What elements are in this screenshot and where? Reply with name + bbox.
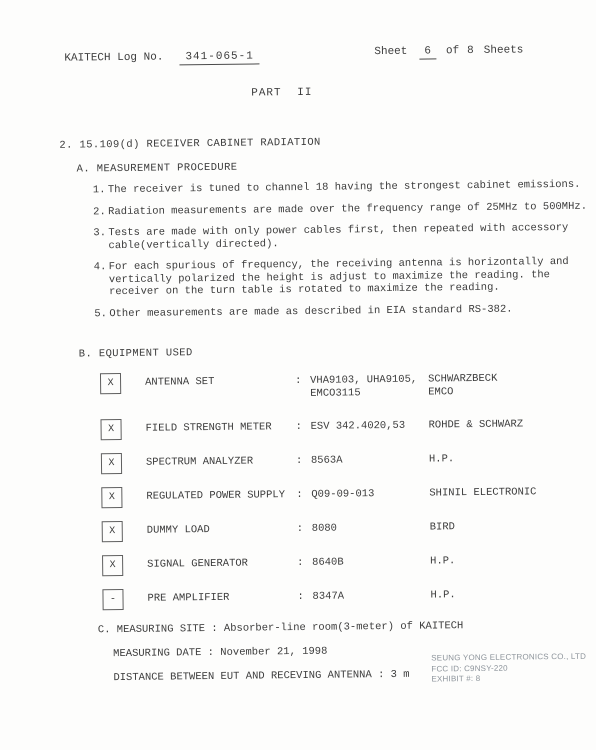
item-number: 3. bbox=[93, 227, 108, 252]
item-number: 1. bbox=[93, 184, 108, 197]
colon-separator: : bbox=[297, 519, 312, 536]
equipment-row: X SPECTRUM ANALYZER : 8563A H.P. bbox=[101, 448, 591, 475]
equipment-name: PRE AMPLIFIER bbox=[147, 587, 297, 605]
equipment-row: X ANTENNA SET : VHA9103, UHA9105, EMCO31… bbox=[100, 368, 590, 403]
part-title: PART II bbox=[0, 84, 567, 102]
colon-separator: : bbox=[295, 371, 310, 388]
equipment-maker: ROHDE & SCHWARZ bbox=[428, 414, 590, 432]
procedure-item: 5. Other measurements are made as descri… bbox=[94, 302, 594, 320]
procedure-heading: A. MEASUREMENT PROCEDURE bbox=[77, 162, 238, 176]
scanned-report-page: KAITECH Log No.341-065-1 Sheet6of8Sheets… bbox=[0, 0, 596, 750]
checkbox-field-strength-meter: X bbox=[100, 419, 121, 440]
equipment-model: 8080 bbox=[312, 518, 430, 536]
equipment-model: 8640B bbox=[312, 552, 430, 570]
section-heading: 2. 15.109(d) RECEIVER CABINET RADIATION bbox=[59, 137, 320, 152]
item-text: For each spurious of frequency, the rece… bbox=[109, 256, 569, 299]
equipment-maker: H.P. bbox=[430, 584, 592, 602]
item-number: 4. bbox=[94, 261, 109, 299]
equipment-table: X ANTENNA SET : VHA9103, UHA9105, EMCO31… bbox=[100, 368, 593, 624]
item-number: 5. bbox=[94, 308, 109, 321]
colon-separator: : bbox=[297, 587, 312, 604]
log-number-line: KAITECH Log No.341-065-1 bbox=[64, 50, 260, 64]
log-number: 341-065-1 bbox=[179, 50, 260, 65]
checkbox-signal-generator: X bbox=[102, 555, 123, 576]
checkbox-regulated-power-supply: X bbox=[101, 487, 122, 508]
equipment-model: 8347A bbox=[312, 586, 430, 604]
distance-line: DISTANCE BETWEEN EUT AND RECEVING ANTENN… bbox=[113, 669, 409, 685]
equipment-name: DUMMY LOAD bbox=[147, 519, 297, 537]
scan-content: KAITECH Log No.341-065-1 Sheet6of8Sheets… bbox=[0, 0, 596, 750]
equipment-maker: SHINIL ELECTRONIC bbox=[429, 482, 591, 500]
checkbox-spectrum-analyzer: X bbox=[101, 453, 122, 474]
checkbox-pre-amplifier: - bbox=[102, 589, 123, 610]
sheets-word: Sheets bbox=[484, 44, 524, 56]
equipment-model: ESV 342.4020,53 bbox=[310, 416, 428, 434]
item-text: Other measurements are made as described… bbox=[109, 303, 512, 320]
sheet-number: 6 bbox=[419, 45, 436, 59]
stamp-company: SEUNG YONG ELECTRONICS CO., LTD bbox=[431, 652, 586, 664]
equipment-row: X REGULATED POWER SUPPLY : Q09-09-013 SH… bbox=[101, 482, 591, 509]
fcc-stamp: SEUNG YONG ELECTRONICS CO., LTD FCC ID: … bbox=[431, 652, 586, 685]
equipment-maker: BIRD bbox=[430, 516, 592, 534]
equipment-maker: H.P. bbox=[430, 550, 592, 568]
item-text: Radiation measurements are made over the… bbox=[108, 200, 587, 218]
equipment-model: 8563A bbox=[311, 450, 429, 468]
item-text: The receiver is tuned to channel 18 havi… bbox=[108, 179, 581, 197]
equipment-name: SIGNAL GENERATOR bbox=[147, 553, 297, 571]
equipment-maker: SCHWARZBECK EMCO bbox=[428, 368, 590, 399]
colon-separator: : bbox=[296, 485, 311, 502]
log-label: KAITECH Log No. bbox=[64, 52, 163, 65]
checkbox-antenna-set: X bbox=[100, 373, 121, 394]
stamp-exhibit: EXHIBIT #: 8 bbox=[431, 673, 586, 685]
equipment-name: SPECTRUM ANALYZER bbox=[146, 451, 296, 469]
procedure-item: 1. The receiver is tuned to channel 18 h… bbox=[93, 179, 593, 197]
measuring-date-line: MEASURING DATE : November 21, 1998 bbox=[113, 646, 327, 661]
equipment-name: REGULATED POWER SUPPLY bbox=[146, 485, 296, 503]
equipment-row: X SIGNAL GENERATOR : 8640B H.P. bbox=[102, 550, 592, 577]
colon-separator: : bbox=[297, 553, 312, 570]
equipment-row: X DUMMY LOAD : 8080 BIRD bbox=[102, 516, 592, 543]
equipment-model: VHA9103, UHA9105, EMCO3115 bbox=[310, 370, 428, 400]
equipment-model: Q09-09-013 bbox=[311, 484, 429, 502]
procedure-item: 3. Tests are made with only power cables… bbox=[93, 222, 593, 253]
procedure-item: 2. Radiation measurements are made over … bbox=[93, 200, 593, 218]
equipment-name: FIELD STRENGTH METER bbox=[145, 417, 295, 435]
procedure-item: 4. For each spurious of frequency, the r… bbox=[94, 256, 594, 299]
item-text: Tests are made with only power cables fi… bbox=[108, 222, 568, 252]
item-number: 2. bbox=[93, 206, 108, 219]
of-word: of bbox=[446, 45, 459, 57]
equipment-row: - PRE AMPLIFIER : 8347A H.P. bbox=[102, 584, 592, 611]
checkbox-dummy-load: X bbox=[102, 521, 123, 542]
sheet-word: Sheet bbox=[374, 46, 407, 58]
colon-separator: : bbox=[296, 451, 311, 468]
equipment-row: X FIELD STRENGTH METER : ESV 342.4020,53… bbox=[100, 414, 590, 441]
total-sheets: 8 bbox=[467, 45, 474, 57]
sheet-info: Sheet6of8Sheets bbox=[374, 44, 523, 58]
equipment-maker: H.P. bbox=[429, 448, 591, 466]
equipment-name: ANTENNA SET bbox=[145, 371, 295, 389]
procedure-list: 1. The receiver is tuned to channel 18 h… bbox=[93, 179, 595, 330]
colon-separator: : bbox=[295, 417, 310, 434]
equipment-heading: B. EQUIPMENT USED bbox=[79, 347, 193, 360]
